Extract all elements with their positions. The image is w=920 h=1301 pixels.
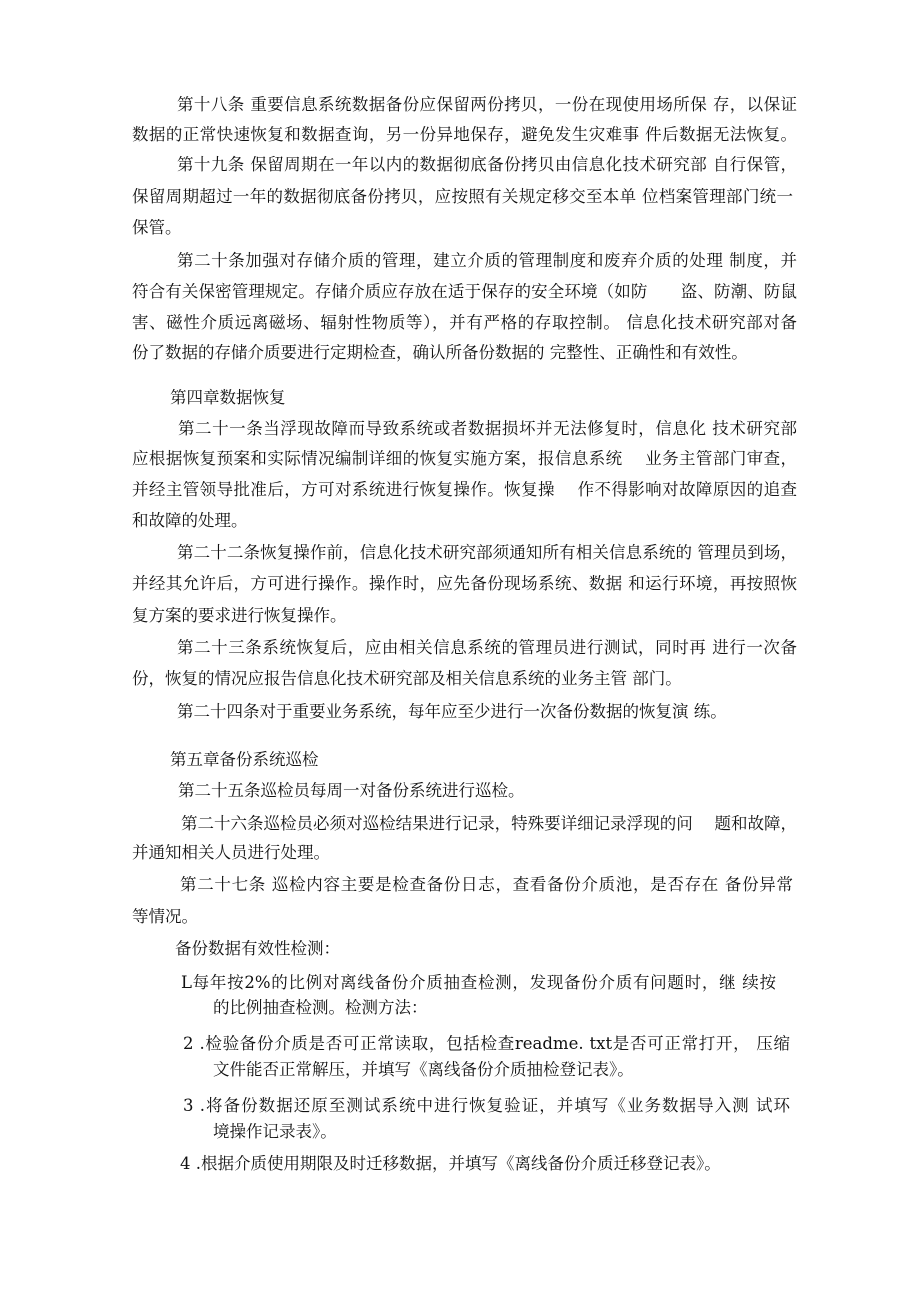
list-item-line: 的比例抽查检测。检测方法： [213,997,428,1019]
list-item-line: 3 .将备份数据还原至测试系统中进行恢复验证，并填写《业务数据导入测 试环 [183,1095,790,1117]
paragraph-line: 并经其允许后，方可进行操作。操作时，应先备份现场系统、数据 和运行环境，再按照恢 [132,573,797,595]
list-item-line: 文件能否正常解压，并填写《离线备份介质抽检登记表》。 [213,1059,634,1081]
document-page: 第十八条 重要信息系统数据备份应保留两份拷贝，一份在现使用场所保 存，以保证 数… [0,0,920,1301]
chapter-4-heading: 第四章数据恢复 [170,387,286,409]
list-item-line: 境操作记录表》。 [213,1121,337,1143]
paragraph-line: 应根据恢复预案和实际情况编制详细的恢复实施方案，报信息系统 业务主管部门审查， [132,448,797,470]
paragraph-line: 害、磁性介质远离磁场、辐射性物质等），并有严格的存取控制。 信息化技术研究部对备 [132,312,797,334]
article-25: 第二十五条巡检员每周一对备份系统进行巡检。 [178,780,525,802]
backup-validity-subheading: 备份数据有效性检测： [175,938,340,960]
list-item-line: L每年按2%的比例对离线备份介质抽查检测，发现备份介质有问题时，继 续按2% [181,972,776,994]
chapter-5-heading: 第五章备份系统巡检 [170,749,319,771]
paragraph-line: 第二十三条系统恢复后，应由相关信息系统的管理员进行测试，同时再 进行一次备 [177,637,797,659]
paragraph-line: 份了数据的存储介质要进行定期检查，确认所备份数据的 完整性、正确性和有效性。 [132,342,748,364]
paragraph-line: 和故障的处理。 [132,510,248,532]
paragraph-line: 份，恢复的情况应报告信息化技术研究部及相关信息系统的业务主管 部门。 [132,668,682,690]
paragraph-line: 等情况。 [132,906,198,928]
paragraph-line: 第二十一条当浮现故障而导致系统或者数据损坏并无法修复时，信息化 技术研究部 [178,418,797,440]
paragraph-line: 并经主管领导批准后，方可对系统进行恢复操作。恢复操 作不得影响对故障原因的追查 [132,479,797,501]
paragraph-line: 并通知相关人员进行处理。 [132,842,330,864]
paragraph-line: 第二十六条巡检员必须对巡检结果进行记录，特殊要详细记录浮现的问 题和故障， [181,813,797,835]
paragraph-line: 保管。 [132,217,182,239]
paragraph-line: 保留周期超过一年的数据彻底备份拷贝，应按照有关规定移交至本单 位档案管理部门统一 [132,186,793,208]
paragraph-line: 第二十条加强对存储介质的管理，建立介质的管理制度和废弃介质的处理 制度，并 [177,250,797,272]
paragraph-line: 第十九条 保留周期在一年以内的数据彻底备份拷贝由信息化技术研究部 自行保管， [177,154,797,176]
paragraph-line: 符合有关保密管理规定。存储介质应存放在适于保存的安全环境（如防 盗、防潮、防鼠 [132,281,797,303]
article-24: 第二十四条对于重要业务系统，每年应至少进行一次备份数据的恢复演 练。 [177,701,727,723]
paragraph-line: 第二十二条恢复操作前，信息化技术研究部须通知所有相关信息系统的 管理员到场， [177,542,797,564]
paragraph-line: 第十八条 重要信息系统数据备份应保留两份拷贝，一份在现使用场所保 存，以保证 [177,94,797,116]
paragraph-line: 第二十七条 巡检内容主要是检查备份日志，查看备份介质池，是否存在 备份异常 [180,874,793,896]
paragraph-line: 复方案的要求进行恢复操作。 [132,605,347,627]
list-item-4: 4 .根据介质使用期限及时迁移数据，并填写《离线备份介质迁移登记表》。 [180,1153,721,1175]
list-item-line: 2 .检验备份介质是否可正常读取，包括检查readme. txt是否可正常打开，… [183,1033,790,1055]
paragraph-line: 数据的正常快速恢复和数据查询，另一份异地保存，避免发生灾难事 件后数据无法恢复。 [132,124,797,146]
